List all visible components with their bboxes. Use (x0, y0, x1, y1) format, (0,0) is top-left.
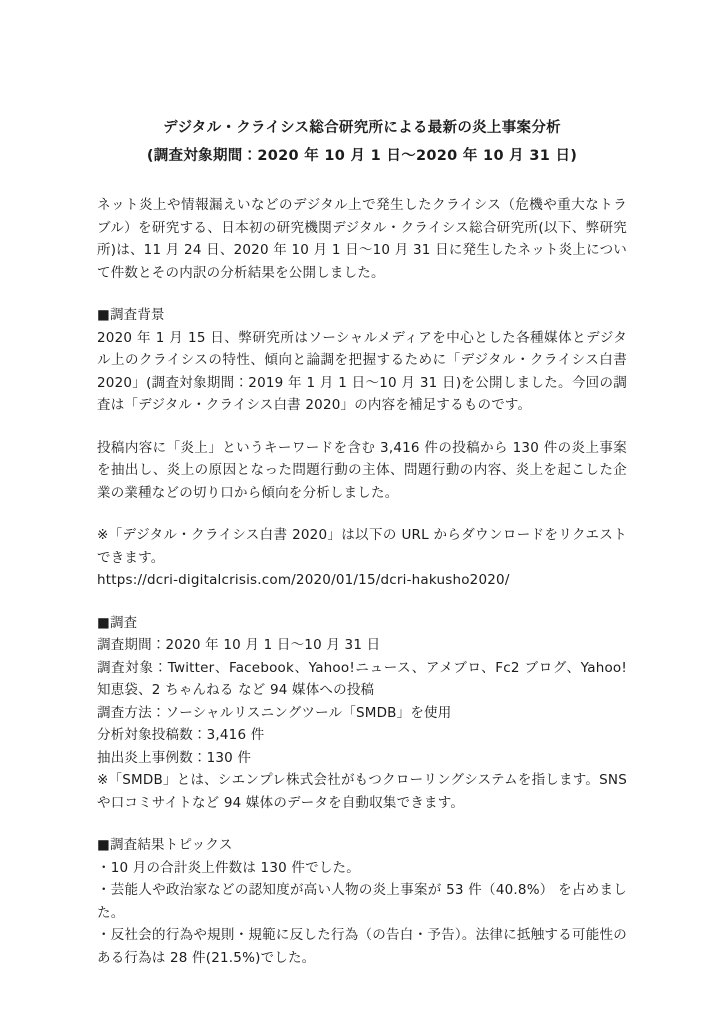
survey-targets: 調査対象：Twitter、Facebook、Yahoo!ニュース、アメブロ、Fc… (97, 657, 627, 702)
analysis-paragraph: 投稿内容に「炎上」というキーワードを含む 3,416 件の投稿から 130 件の… (97, 437, 627, 505)
survey-period: 調査期間：2020 年 10 月 1 日～10 月 31 日 (97, 634, 627, 657)
section-heading-background: ■調査背景 (97, 304, 627, 327)
whitepaper-note: ※「デジタル・クライシス白書 2020」は以下の URL からダウンロードをリク… (97, 524, 627, 569)
doc-title-line2: (調査対象期間：2020 年 10 月 1 日～2020 年 10 月 31 日… (97, 142, 627, 170)
smdb-note: ※「SMDB」とは、シエンプレ株式会社がもつクローリングシステムを指します。SN… (97, 769, 627, 814)
section-heading-topics: ■調査結果トピックス (97, 834, 627, 857)
background-paragraph: 2020 年 1 月 15 日、弊研究所はソーシャルメディアを中心とした各種媒体… (97, 327, 627, 417)
document-page: デジタル・クライシス総合研究所による最新の炎上事案分析 (調査対象期間：2020… (0, 0, 724, 1024)
whitepaper-url: https://dcri-digitalcrisis.com/2020/01/1… (97, 569, 627, 592)
section-heading-survey: ■調査 (97, 612, 627, 635)
doc-title-line1: デジタル・クライシス総合研究所による最新の炎上事案分析 (97, 114, 627, 142)
blank-line (97, 814, 627, 834)
topic-item: ・10 月の合計炎上件数は 130 件でした。 (97, 857, 627, 880)
blank-line (97, 504, 627, 524)
blank-line (97, 284, 627, 304)
survey-method: 調査方法：ソーシャルリスニングツール「SMDB」を使用 (97, 702, 627, 725)
survey-extracted-cases: 抽出炎上事例数：130 件 (97, 747, 627, 770)
blank-line (97, 170, 627, 194)
survey-analyzed-posts: 分析対象投稿数：3,416 件 (97, 724, 627, 747)
topic-item: ・反社会的行為や規則・規範に反した行為（の告白・予告）。法律に抵触する可能性のあ… (97, 924, 627, 969)
topic-item: ・芸能人や政治家などの認知度が高い人物の炎上事案が 53 件（40.8%） を占… (97, 879, 627, 924)
intro-paragraph: ネット炎上や情報漏えいなどのデジタル上で発生したクライシス（危機や重大なトラブル… (97, 194, 627, 284)
blank-line (97, 417, 627, 437)
blank-line (97, 592, 627, 612)
